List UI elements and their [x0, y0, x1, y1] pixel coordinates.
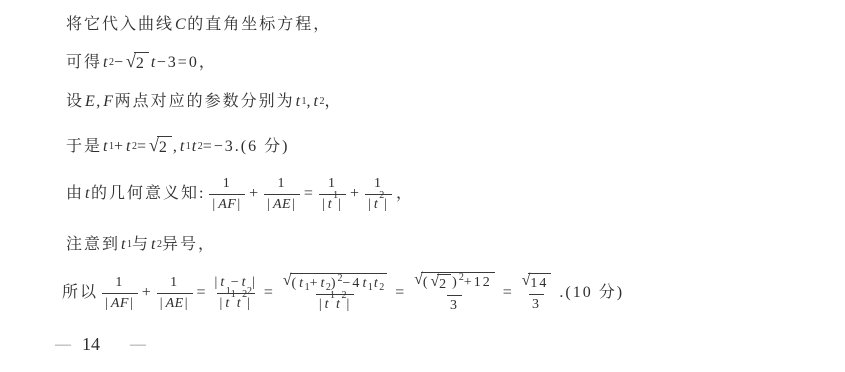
text-line-substitution-statement: 将它代入曲线 C 的直角坐标方程， — [66, 15, 331, 34]
text-line-quadratic-equation: 可得 t2−√2t−3=0， — [66, 52, 217, 73]
document-page: 将它代入曲线 C 的直角坐标方程， 可得 t2−√2t−3=0， 设 E,F 两… — [0, 0, 845, 372]
page-footer: — 14 — — [55, 334, 146, 355]
page-number: 14 — [82, 334, 100, 355]
text-line-final-computation: 所以1|AF|+1|AE|=|t1−t2||t1t2|=√(t1+t2)2−4t… — [62, 272, 624, 314]
footer-dash-left: — — [55, 336, 71, 354]
footer-dash-right: — — [130, 336, 146, 354]
text-line-geometric-meaning-equation: 由 t 的几何意义知:1|AF|+1|AE|=1|t1|+1|t2|， — [66, 175, 414, 213]
text-line-opposite-signs-note: 注意到 t1 与 t2 异号， — [66, 235, 216, 254]
text-line-vieta-results: 于是 t1+t2=√2 ,t1t2=−3.(6 分) — [66, 136, 289, 157]
text-line-parameters-definition: 设 E,F 两点对应的参数分别为 t1,t2， — [66, 92, 343, 111]
